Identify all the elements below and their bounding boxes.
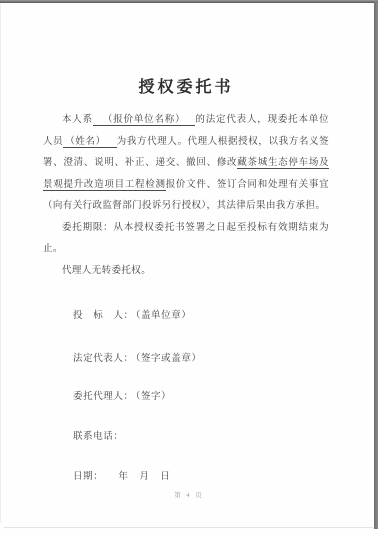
page-bottom-edge [4,527,373,528]
signature-block: 投 标 人：（盖单位章） 法定代表人：（签字或盖章） 委托代理人：（签字） 联系… [73,306,202,488]
blank-company-name: （报价单位名称） [93,115,195,126]
document-content: 授权委托书 本人系（报价单位名称）的法定代表人，现委托本单位人员（姓名）为我方代… [43,0,329,282]
paragraph-no-subdelegation: 代理人无转委托权。 [43,261,329,283]
signature-row-legal-rep: 法定代表人：（签字或盖章） [73,349,202,370]
bidder-label: 投 标 人： [73,311,134,321]
page-right-edge [374,2,378,529]
document-page: 授权委托书 本人系（报价单位名称）的法定代表人，现委托本单位人员（姓名）为我方代… [0,0,378,535]
signature-row-date: 日期：年 月 日 [73,467,202,488]
signature-row-bidder: 投 标 人：（盖单位章） [73,306,202,327]
signature-row-agent: 委托代理人：（签字） [73,387,202,408]
phone-label: 联系电话： [73,432,124,442]
legal-rep-label: 法定代表人： [73,354,134,364]
legal-rep-note: （签字或盖章） [136,354,202,364]
date-label: 日期： [73,472,103,482]
paragraph-authorization: 本人系（报价单位名称）的法定代表人，现委托本单位人员（姓名）为我方代理人。代理人… [43,110,329,218]
signature-row-phone: 联系电话： [73,427,202,448]
document-body: 本人系（报价单位名称）的法定代表人，现委托本单位人员（姓名）为我方代理人。代理人… [43,110,329,282]
para1-lead: 本人系 [62,115,93,125]
agent-label: 委托代理人： [73,392,134,402]
blank-agent-name: （姓名） [63,137,116,148]
agent-note: （签字） [136,392,172,402]
bidder-note: （盖单位章） [136,311,192,321]
document-title: 授权委托书 [43,74,329,97]
paragraph-term: 委托期限：从本授权委托书签署之日起至投标有效期结束为止。 [43,218,329,261]
page-left-edge [0,3,1,523]
page-number-footer: 第 4 页 [0,491,378,501]
date-fields: 年 月 日 [118,472,171,482]
